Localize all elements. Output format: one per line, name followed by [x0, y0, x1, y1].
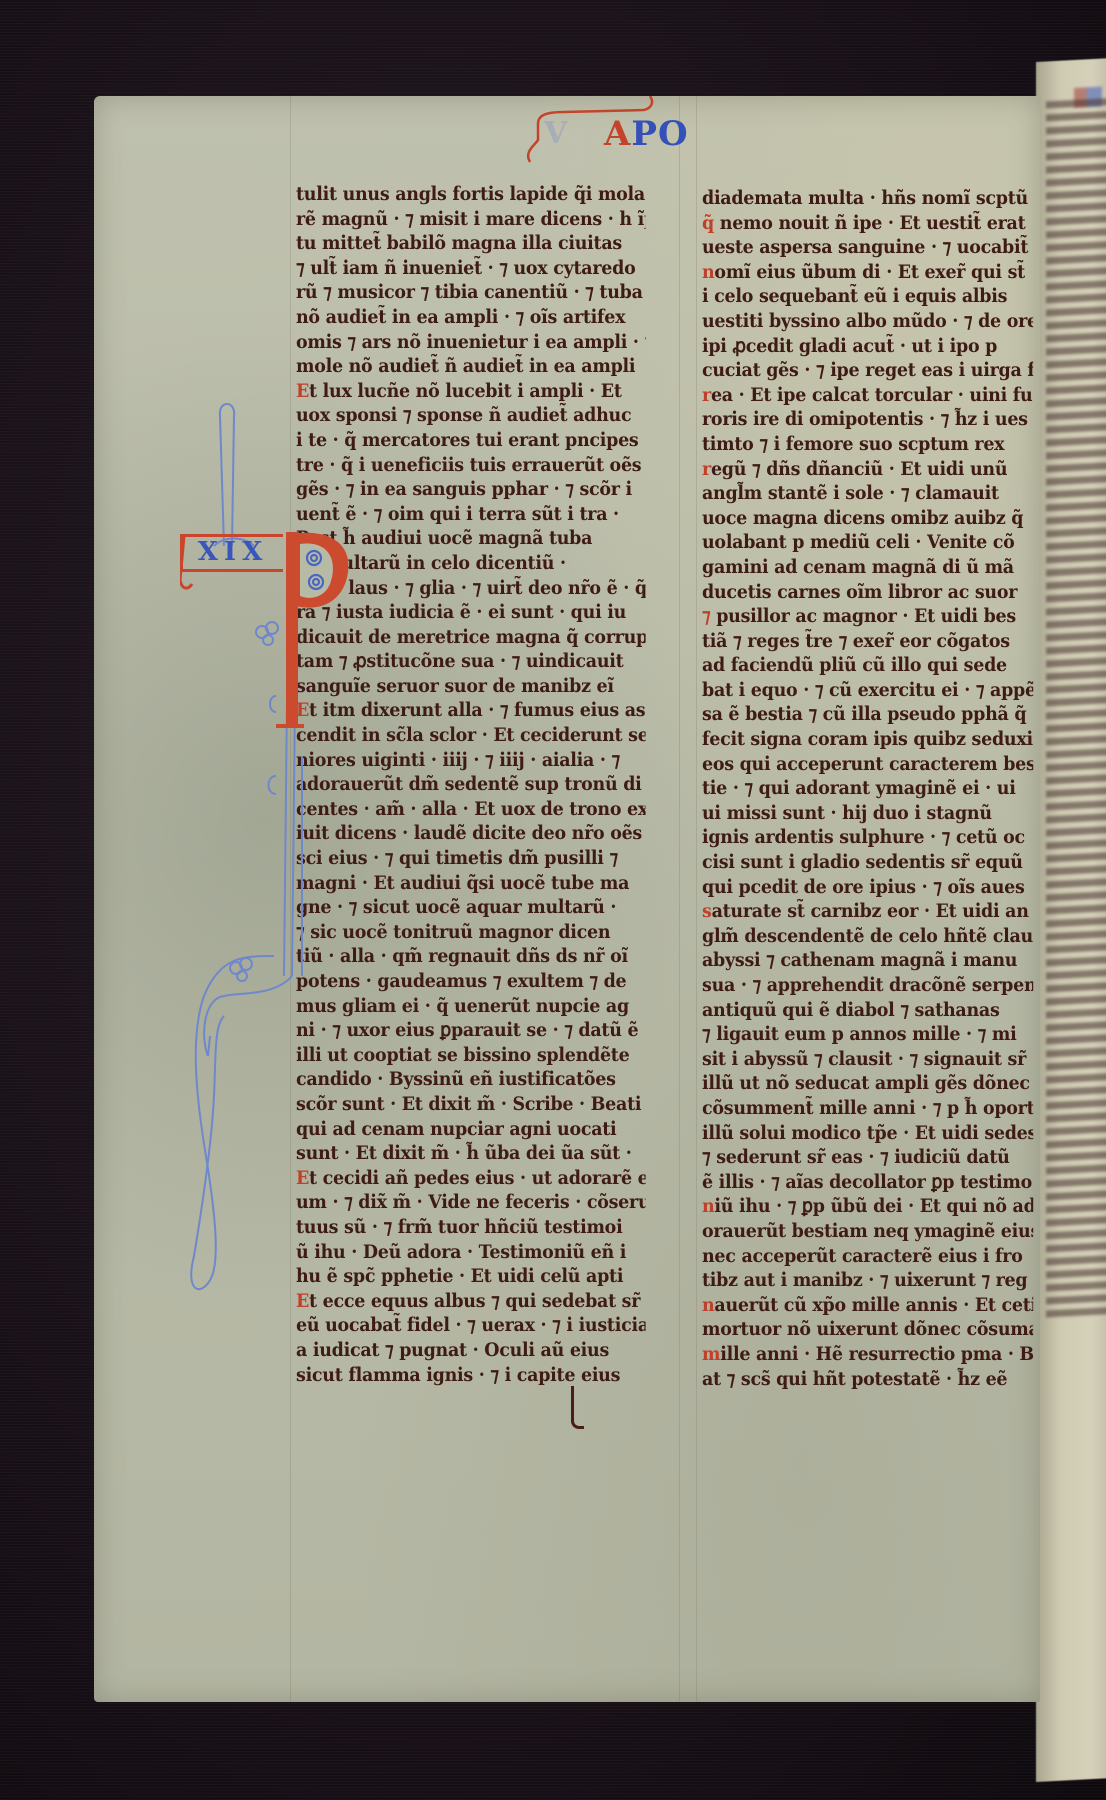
text-line: ũ ihu · Deũ adora · Testimoniũ eñ i: [296, 1240, 646, 1265]
text-line: diademata multa · hñs nomĩ scptũ: [702, 186, 1033, 211]
text-line: rẽ magnũ · ⁊ misit i mare dicens · h ĩpe: [296, 207, 646, 232]
text-line: sua · ⁊ apprehendit dracõnẽ serpentẽ: [702, 973, 1033, 998]
text-line: rea · Et ipe calcat torcular · uini fu: [702, 383, 1033, 408]
text-line: ẽ illis · ⁊ aĩas decollator ꝑp testimo: [702, 1170, 1033, 1195]
text-line: magni · Et audiui q̃si uocẽ tube ma: [296, 871, 646, 896]
text-line: cõsumment̃ mille anni · ⁊ p h̃ oportz: [702, 1096, 1033, 1121]
text-line: uolabant p mediũ celi · Venite cõ: [702, 530, 1033, 555]
text-line: qui ad cenam nupciar agni uocati: [296, 1117, 646, 1142]
text-line: centes · am̃ · alla · Et uox de trono ex: [296, 797, 646, 822]
text-line: candido · Byssinũ eñ iustificatões: [296, 1067, 646, 1092]
text-line: bat i equo · ⁊ cũ exercitu ei · ⁊ appẽn: [702, 678, 1033, 703]
text-line: ignis ardentis sulphure · ⁊ cetũ oc: [702, 825, 1033, 850]
text-line: tre · q̃ i ueneficiis tuis errauerũt oẽs: [296, 453, 646, 478]
text-line: iuit dicens · laudẽ dicite deo nr̃o oẽs: [296, 821, 646, 846]
text-line: adorauerũt dm̃ sedentẽ sup tronũ di: [296, 772, 646, 797]
text-line: roris ire di omipotentis · ⁊ h̃z i ues: [702, 407, 1033, 432]
text-line: tu mittet̃ babilõ magna illa ciuitas: [296, 231, 646, 256]
text-line: mus gliam ei · q̃ uenerũt nupcie ag: [296, 994, 646, 1019]
text-line: scõr sunt · Et dixit m̃ · Scribe · Beati: [296, 1092, 646, 1117]
text-line: eos qui acceperunt caracterem bes: [702, 752, 1033, 777]
text-line: angl̃m stantẽ i sole · ⁊ clamauit: [702, 481, 1033, 506]
text-line: abyssi ⁊ cathenam magnã i manu: [702, 948, 1033, 973]
text-line: cisi sunt i gladio sedentis sr̃ equũ: [702, 850, 1033, 875]
text-line: illũ solui modico tp̃e · Et uidi sedes: [702, 1121, 1033, 1146]
text-line: sci eius · ⁊ qui timetis dm̃ pusilli ⁊: [296, 846, 646, 871]
running-head-flourish-icon: [524, 96, 654, 166]
text-line: tiũ · alla · qm̃ regnauit dñs ds nr̃ oĩ: [296, 944, 646, 969]
ruling-line: [696, 96, 697, 1702]
text-line: uox sponsi ⁊ sponse ñ audiet̃ adhuc: [296, 403, 646, 428]
text-column-left: tulit unus angls fortis lapide q̃i molar…: [296, 182, 676, 1387]
text-line: gne · ⁊ sicut uocẽ aquar multarũ ·: [296, 895, 646, 920]
text-line: potens · gaudeamus ⁊ exultem ⁊ de: [296, 969, 646, 994]
decorated-initial: XIX: [180, 534, 360, 734]
text-line: ueste aspersa sanguine · ⁊ uocabit̃: [702, 235, 1033, 260]
initial-p-icon: [180, 528, 360, 738]
text-line: ⁊ pusillor ac magnor · Et uidi bes: [702, 604, 1033, 629]
text-line: ui missi sunt · hij duo i stagnũ: [702, 801, 1033, 826]
text-column-right: diademata multa · hñs nomĩ scptũq̃ nemo …: [702, 186, 1062, 1391]
text-line: gamini ad cenam magnã di ũ mã: [702, 555, 1033, 580]
text-line: illũ ut nõ seducat ampli gẽs dõnec: [702, 1071, 1033, 1096]
text-line: omis ⁊ ars nõ inuenietur i ea ampli · ⁊ …: [296, 330, 646, 355]
text-line: q̃ nemo nouit ñ ipe · Et uestit̃ erat: [702, 211, 1033, 236]
text-line: ducetis carnes oĩm libror ac suor: [702, 580, 1033, 605]
text-line: uent̃ ẽ · ⁊ oim qui i terra sũt i tra ·: [296, 502, 646, 527]
text-line: timto ⁊ i femore suo scptum rex: [702, 432, 1033, 457]
text-line: rũ ⁊ musicor ⁊ tibia canentiũ · ⁊ tuba: [296, 280, 646, 305]
text-line: gẽs · ⁊ in ea sanguis pphar · ⁊ scõr i: [296, 477, 646, 502]
text-line: ni · ⁊ uxor eius ꝑparauit se · ⁊ datũ ẽ: [296, 1018, 646, 1043]
text-line: hu ẽ spc̃ pphetie · Et uidi celũ apti: [296, 1264, 646, 1289]
text-line: i celo sequebant̃ eũ i equis albis: [702, 284, 1033, 309]
text-line: niores uiginti · iiij · ⁊ iiij · aialia …: [296, 748, 646, 773]
text-line: nauerũt cũ xp̃o mille annis · Et ceti: [702, 1293, 1033, 1318]
text-line: illi ut cooptiat se bissino splendẽte: [296, 1043, 646, 1068]
text-line: tie · ⁊ qui adorant ymaginẽ ei · ui: [702, 776, 1033, 801]
text-line: sa ẽ bestia ⁊ cũ illa pseudo pphã q̃: [702, 702, 1033, 727]
text-line: nec acceperũt caracterẽ eius i fro: [702, 1244, 1033, 1269]
text-line: orauerũt bestiam neq ymaginẽ eius: [702, 1219, 1033, 1244]
text-line: ⁊ ult̃ iam ñ inueniet̃ · ⁊ uox cytaredo: [296, 256, 646, 281]
text-line: uestiti byssino albo mũdo · ⁊ de ore: [702, 309, 1033, 334]
text-line: regũ ⁊ dñs dñanciũ · Et uidi unũ: [702, 457, 1033, 482]
text-line: um · ⁊ dix̃ m̃ · Vide ne feceris · cõser…: [296, 1190, 646, 1215]
text-line: tuus sũ · ⁊ frm̃ tuor hñciũ testimoi: [296, 1215, 646, 1240]
text-line: tulit unus angls fortis lapide q̃i mola: [296, 182, 646, 207]
text-line: glm̃ descendentẽ de celo hñtẽ claue: [702, 924, 1033, 949]
text-line: uoce magna dicens omibz auibz q̃: [702, 506, 1033, 531]
text-line: fecit signa coram ipis quibz seduxit: [702, 727, 1033, 752]
text-line: tibz aut i manibz · ⁊ uixerunt ⁊ reg: [702, 1268, 1033, 1293]
text-line: a iudicat ⁊ pugnat · Oculi aũ eius: [296, 1338, 646, 1363]
manuscript-leaf: V APO tulit unus angls fortis lapide q̃i…: [94, 96, 1040, 1702]
text-line: at ⁊ scs̃ qui hñt potestatẽ · h̃z eẽ: [702, 1367, 1033, 1392]
text-line: antiquũ qui ẽ diabol ⁊ sathanas: [702, 998, 1033, 1023]
end-line-descender: [571, 1386, 584, 1429]
text-line: nomĩ eius ũbum di · Et exer̃ qui st̃: [702, 260, 1033, 285]
text-line: Et cecidi añ pedes eius · ut adorarẽ e: [296, 1166, 646, 1191]
text-line: qui pcedit de ore ipius · ⁊ oĩs aues: [702, 875, 1033, 900]
text-line: i te · q̃ mercatores tui erant pncipes: [296, 428, 646, 453]
text-line: ⁊ ligauit eum p annos mille · ⁊ mi: [702, 1022, 1033, 1047]
text-line: Et lux lucñe nõ lucebit i ampli · Et: [296, 379, 646, 404]
text-line: ⁊ sic uocẽ tonitruũ magnor dicen: [296, 920, 646, 945]
text-line: mille anni · Hẽ resurrectio pma · Be: [702, 1342, 1033, 1367]
text-line: niũ ihu · ⁊ ꝑp ũbũ dei · Et qui nõ ad: [702, 1194, 1033, 1219]
text-line: mortuor nõ uixerunt dõnec cõsumat̃: [702, 1317, 1033, 1342]
text-line: cuciat gẽs · ⁊ ipe reget eas i uirga f: [702, 358, 1033, 383]
text-line: sunt · Et dixit m̃ · h̃ ũba dei ũa sũt ·: [296, 1141, 646, 1166]
text-line: saturate st̃ carnibz eor · Et uidi an: [702, 899, 1033, 924]
text-line: Et ecce equus albus ⁊ qui sedebat sr̃: [296, 1289, 646, 1314]
text-line: sicut flamma ignis · ⁊ i capite eius: [296, 1363, 646, 1388]
text-line: mole nõ audiet̃ ñ audiet̃ in ea ampli: [296, 354, 646, 379]
ruling-line: [679, 96, 680, 1702]
text-line: tiã ⁊ reges t̃re ⁊ exer̃ eor cõgatos: [702, 629, 1033, 654]
text-line: ad faciendũ pliũ cũ illo qui sede: [702, 653, 1033, 678]
text-line: ⁊ sederunt sr̃ eas · ⁊ iudiciũ datũ: [702, 1145, 1033, 1170]
text-line: nõ audiet̃ in ea ampli · ⁊ oĩs artifex: [296, 305, 646, 330]
text-line: ipi ꝓcedit gladi acut̃ · ut i ipo p: [702, 334, 1033, 359]
text-line: sit i abyssũ ⁊ clausit · ⁊ signauit sr̃: [702, 1047, 1033, 1072]
text-line: eũ uocabat̃ fidel · ⁊ uerax · ⁊ i iustic…: [296, 1313, 646, 1338]
